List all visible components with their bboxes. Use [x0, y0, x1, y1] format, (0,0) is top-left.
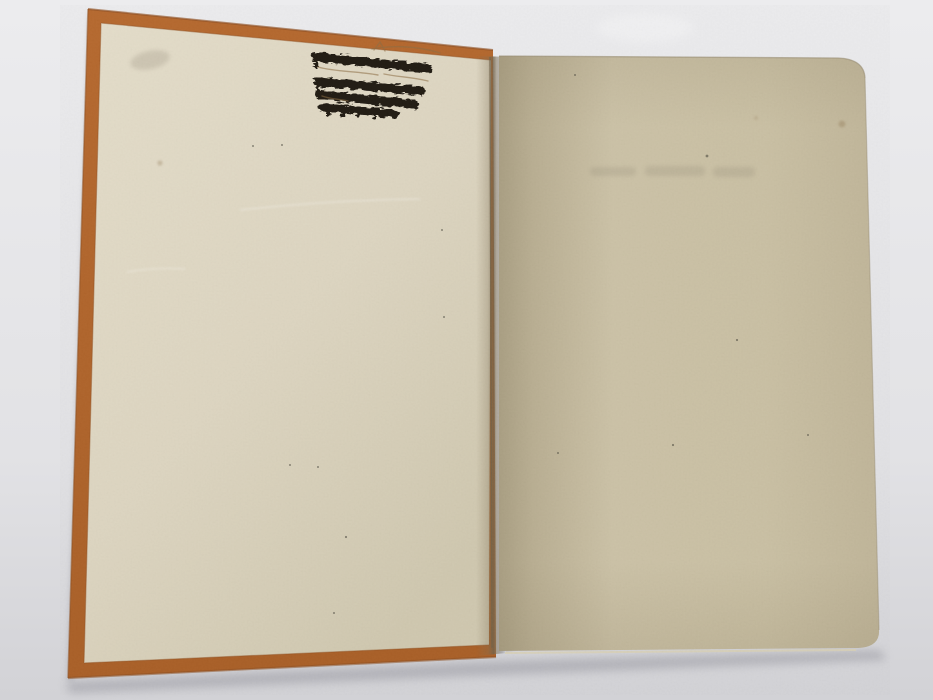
paper-grain-overlay [60, 5, 890, 695]
book-photograph [0, 0, 933, 700]
photo-canvas [0, 0, 933, 700]
